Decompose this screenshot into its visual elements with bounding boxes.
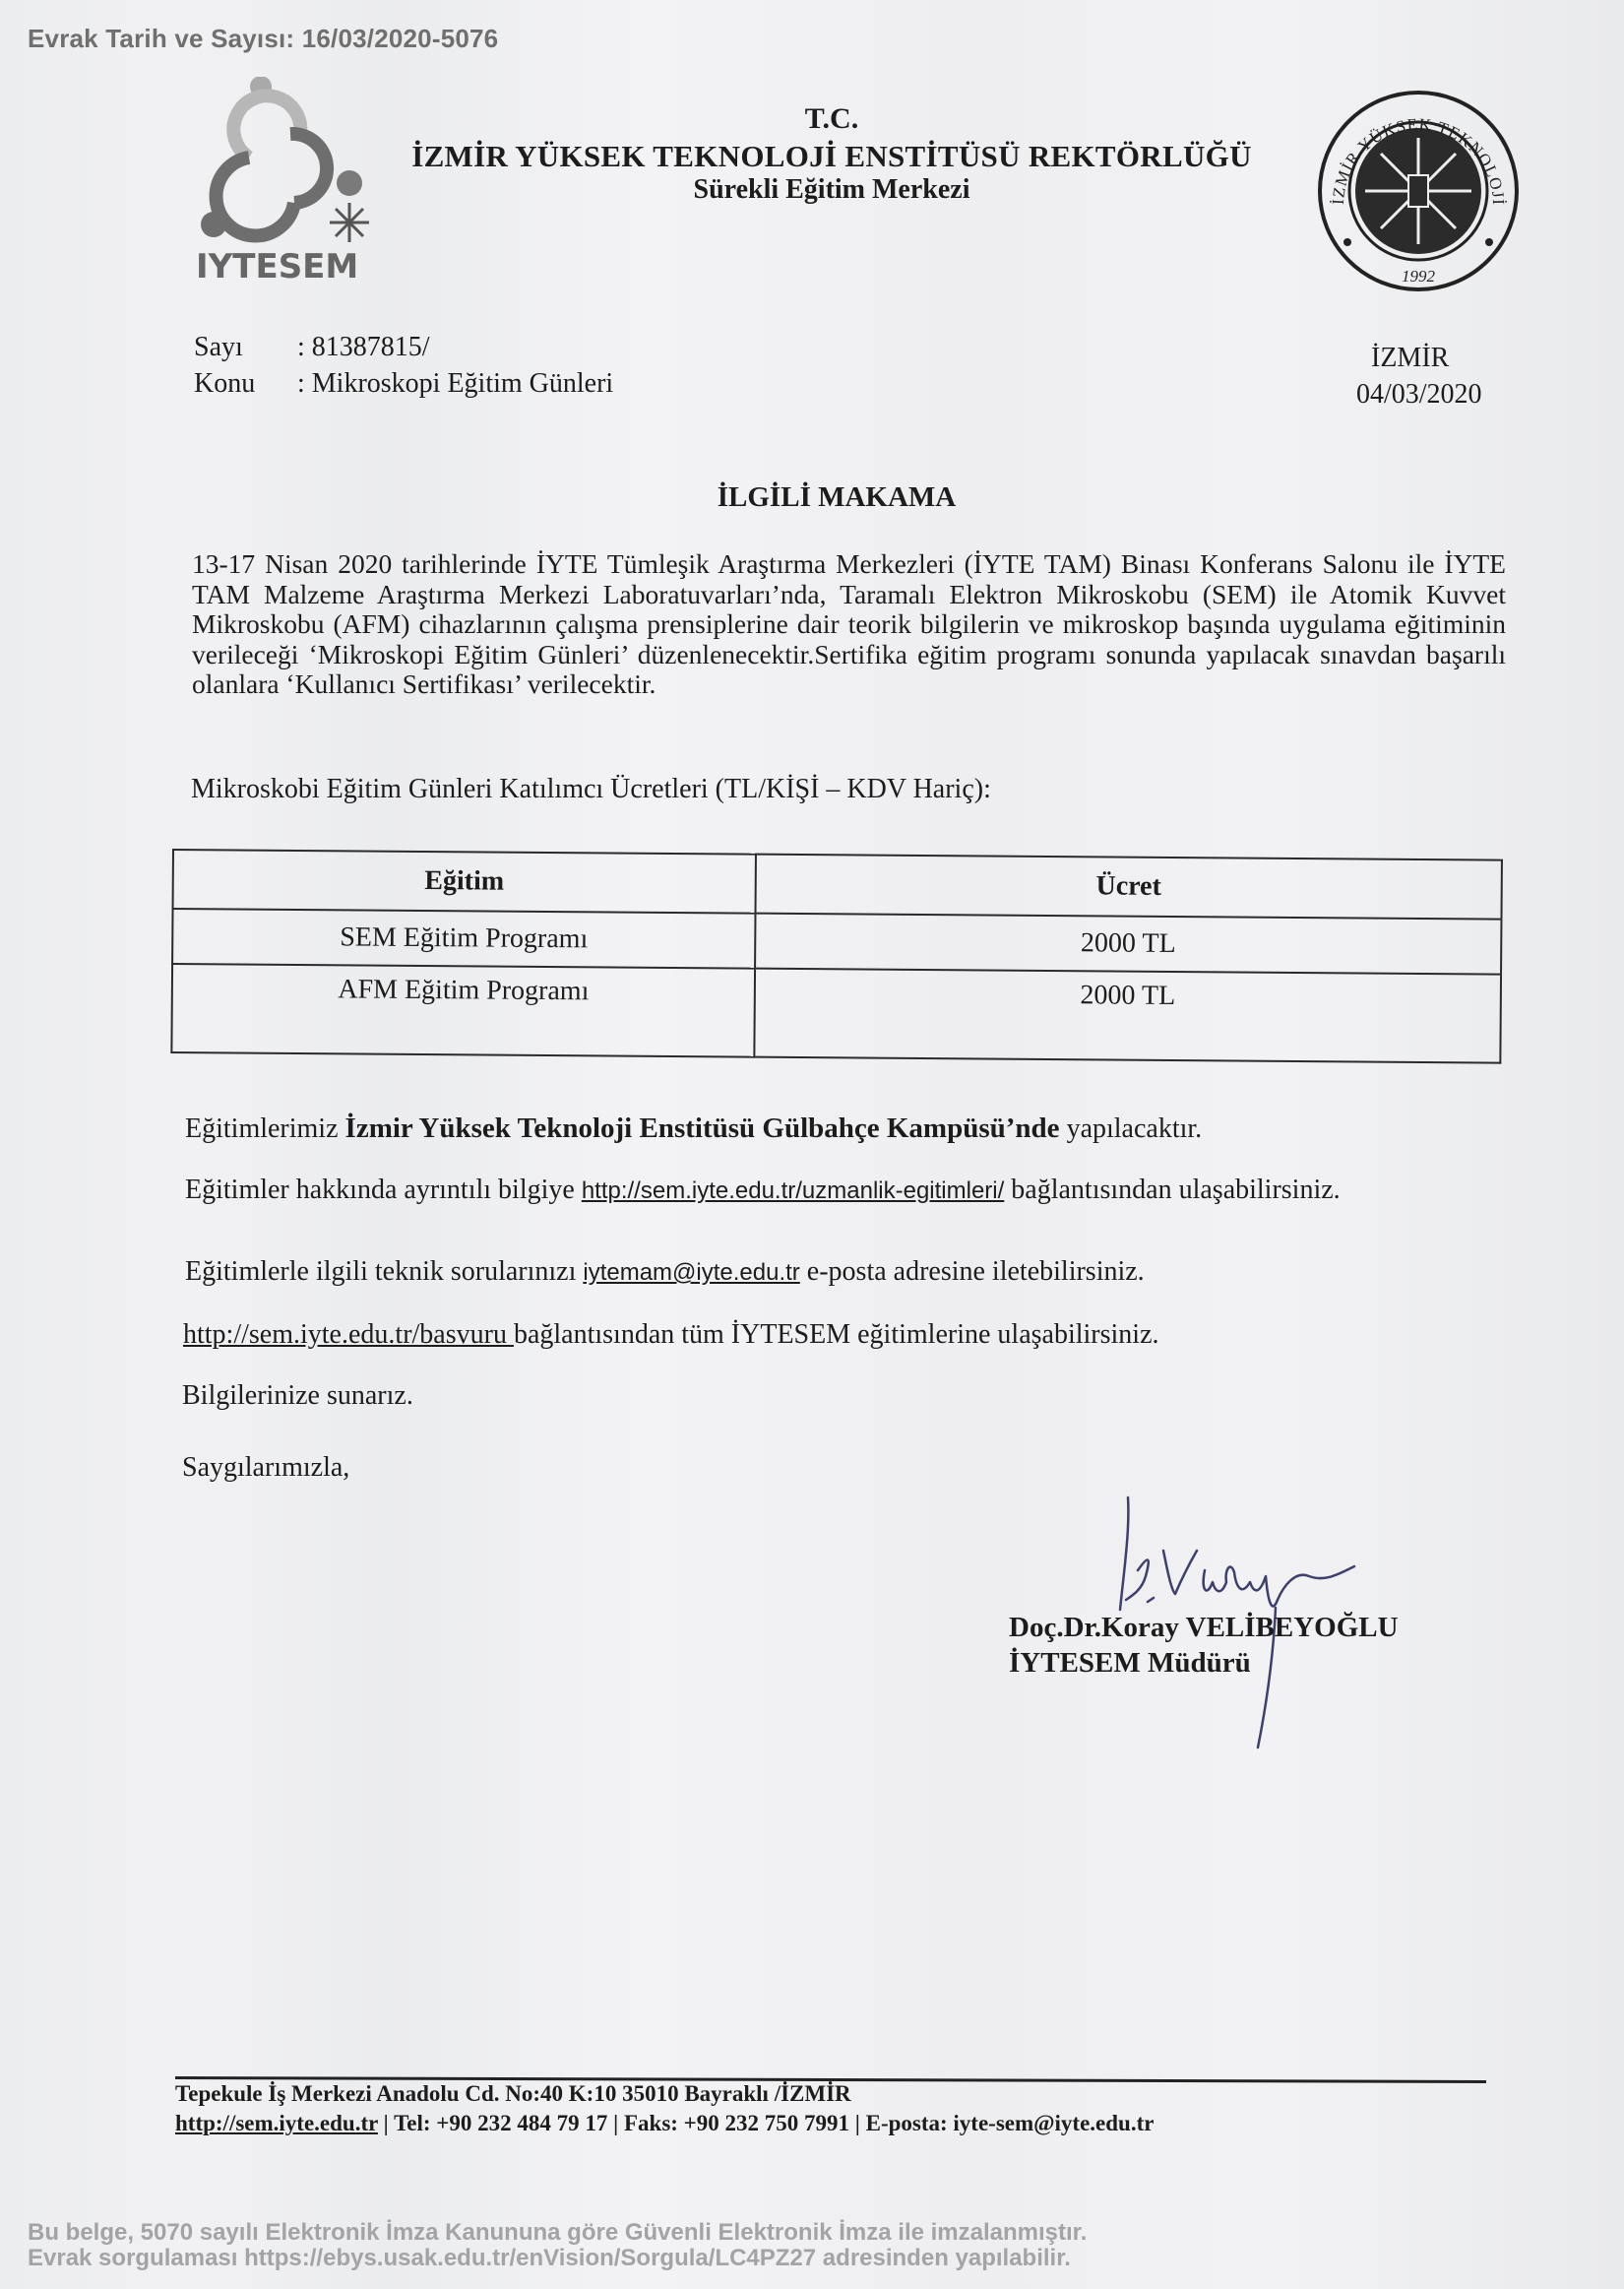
table-cell-training: SEM Eğitim Programı [172,909,755,969]
institution-seal-icon: İZMİR YÜKSEK TEKNOLOJİ ENSTİTÜSÜ 1992 [1314,87,1523,295]
subject-label: Konu [194,368,297,400]
closing-sincerely: Saygılarımızla, [182,1452,349,1484]
apply-line: http://sem.iyte.edu.tr/basvuru bağlantıs… [183,1319,1159,1351]
reference-number-label: Sayı [194,332,297,363]
document-date-number-stamp: Evrak Tarih ve Sayısı: 16/03/2020-5076 [28,24,498,54]
footer-website-link[interactable]: http://sem.iyte.edu.tr [175,2111,378,2135]
reference-number-value: : 81387815/ [297,332,430,362]
tech-email-link[interactable]: iytemam@iyte.edu.tr [583,1259,799,1286]
closing-regards: Bilgilerinize sunarız. [182,1380,413,1412]
tech-suffix: e-posta adresine iletebilirsiniz. [800,1256,1145,1287]
table-header-training: Eğitim [173,850,756,914]
reference-number: Sayı: 81387815/ [194,332,430,363]
location-prefix: Eğitimlerimiz [185,1113,345,1144]
salutation: İLGİLİ MAKAMA [0,481,1624,514]
signatory-title: İYTESEM Müdürü [1009,1647,1251,1680]
info-suffix: bağlantısından ulaşabilirsiniz. [1004,1175,1340,1205]
location-campus: İzmir Yüksek Teknoloji Enstitüsü Gülbahç… [345,1113,1060,1144]
svg-text:IYTESEM: IYTESEM [196,247,358,284]
table-cell-fee: 2000 TL [754,969,1501,1063]
location-line: Eğitimlerimiz İzmir Yüksek Teknoloji Ens… [185,1113,1202,1145]
verification-notice: Evrak sorgulaması https://ebys.usak.edu.… [28,2245,1071,2272]
body-paragraph: 13-17 Nisan 2020 tarihlerinde İYTE Tümle… [192,549,1506,700]
subject: Konu: Mikroskopi Eğitim Günleri [194,368,613,400]
table-header-fee: Ücret [756,855,1502,920]
fee-table: Eğitim Ücret SEM Eğitim Programı 2000 TL… [170,849,1503,1064]
table-row: AFM Eğitim Programı 2000 TL [171,964,1501,1063]
apply-suffix: bağlantısından tüm İYTESEM eğitimlerine … [514,1319,1159,1350]
letter-place: İZMİR [1371,343,1449,374]
subject-value: : Mikroskopi Eğitim Günleri [297,368,613,399]
training-info-link[interactable]: http://sem.iyte.edu.tr/uzmanlik-egitimle… [582,1177,1004,1204]
tech-prefix: Eğitimlerle ilgili teknik sorularınızı [185,1256,583,1287]
tech-contact-line: Eğitimlerle ilgili teknik sorularınızı i… [185,1256,1145,1288]
location-suffix: yapılacaktır. [1060,1113,1203,1144]
signatory-name: Doç.Dr.Koray VELİBEYOĞLU [1009,1612,1399,1644]
fee-caption: Mikroskobi Eğitim Günleri Katılımcı Ücre… [191,774,991,805]
info-prefix: Eğitimler hakkında ayrıntılı bilgiye [185,1175,582,1205]
letter-date: 04/03/2020 [1356,379,1482,411]
table-header-row: Eğitim Ücret [173,850,1502,920]
table-cell-training: AFM Eğitim Programı [171,964,755,1057]
footer-address: Tepekule İş Merkezi Anadolu Cd. No:40 K:… [175,2081,851,2107]
apply-link[interactable]: http://sem.iyte.edu.tr/basvuru [183,1319,514,1350]
footer-contact: http://sem.iyte.edu.tr | Tel: +90 232 48… [175,2111,1154,2136]
footer-contact-details: | Tel: +90 232 484 79 17 | Faks: +90 232… [378,2111,1155,2135]
e-signature-notice: Bu belge, 5070 sayılı Elektronik İmza Ka… [28,2219,1087,2247]
info-line: Eğitimler hakkında ayrıntılı bilgiye htt… [185,1175,1341,1206]
svg-text:1992: 1992 [1402,267,1436,286]
table-cell-fee: 2000 TL [755,914,1501,975]
